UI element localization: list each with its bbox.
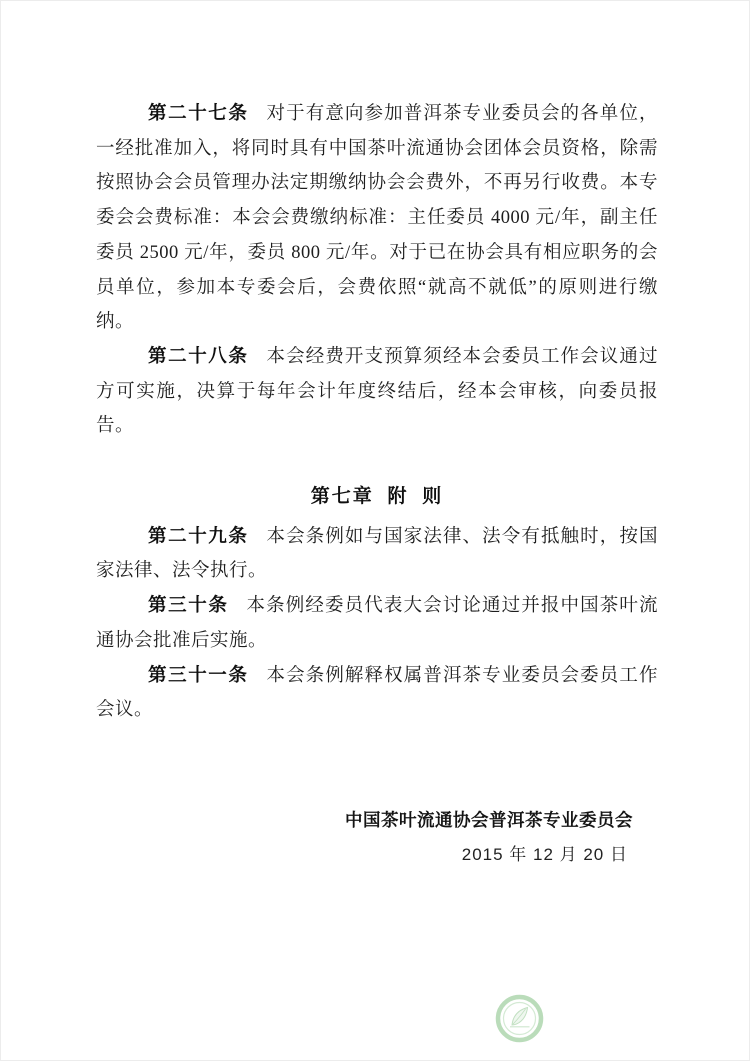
chapter-7-heading: 第七章 附 则 [96,480,658,515]
signature-line: 中国茶叶流通协会普洱茶专业委员会 [96,803,658,838]
article-27-label: 第二十七条 [148,104,249,124]
article-27-text: 对于有意向参加普洱茶专业委员会的各单位，一经批准加入，将同时具有中国茶叶流通协会… [96,104,658,332]
article-31-paragraph: 第三十一条本会条例解释权属普洱茶专业委员会委员工作会议。 [96,659,658,728]
article-29-label: 第二十九条 [148,527,249,547]
article-30-label: 第三十条 [148,596,229,616]
article-28-paragraph: 第二十八条本会经费开支预算须经本会委员工作会议通过方可实施，决算于每年会计年度终… [96,340,658,444]
article-27-paragraph: 第二十七条对于有意向参加普洱茶专业委员会的各单位，一经批准加入，将同时具有中国茶… [96,97,658,340]
article-30-paragraph: 第三十条本条例经委员代表大会讨论通过并报中国茶叶流通协会批准后实施。 [96,589,658,658]
date-line: 2015 年 12 月 20 日 [96,838,658,873]
leaf-seal-icon [491,990,548,1047]
document-body: 第二十七条对于有意向参加普洱茶专业委员会的各单位，一经批准加入，将同时具有中国茶… [96,97,658,872]
article-28-label: 第二十八条 [148,347,249,367]
article-31-label: 第三十一条 [148,666,249,686]
article-29-paragraph: 第二十九条本会条例如与国家法律、法令有抵触时，按国家法律、法令执行。 [96,520,658,589]
document-page: 第二十七条对于有意向参加普洱茶专业委员会的各单位，一经批准加入，将同时具有中国茶… [0,0,750,1061]
